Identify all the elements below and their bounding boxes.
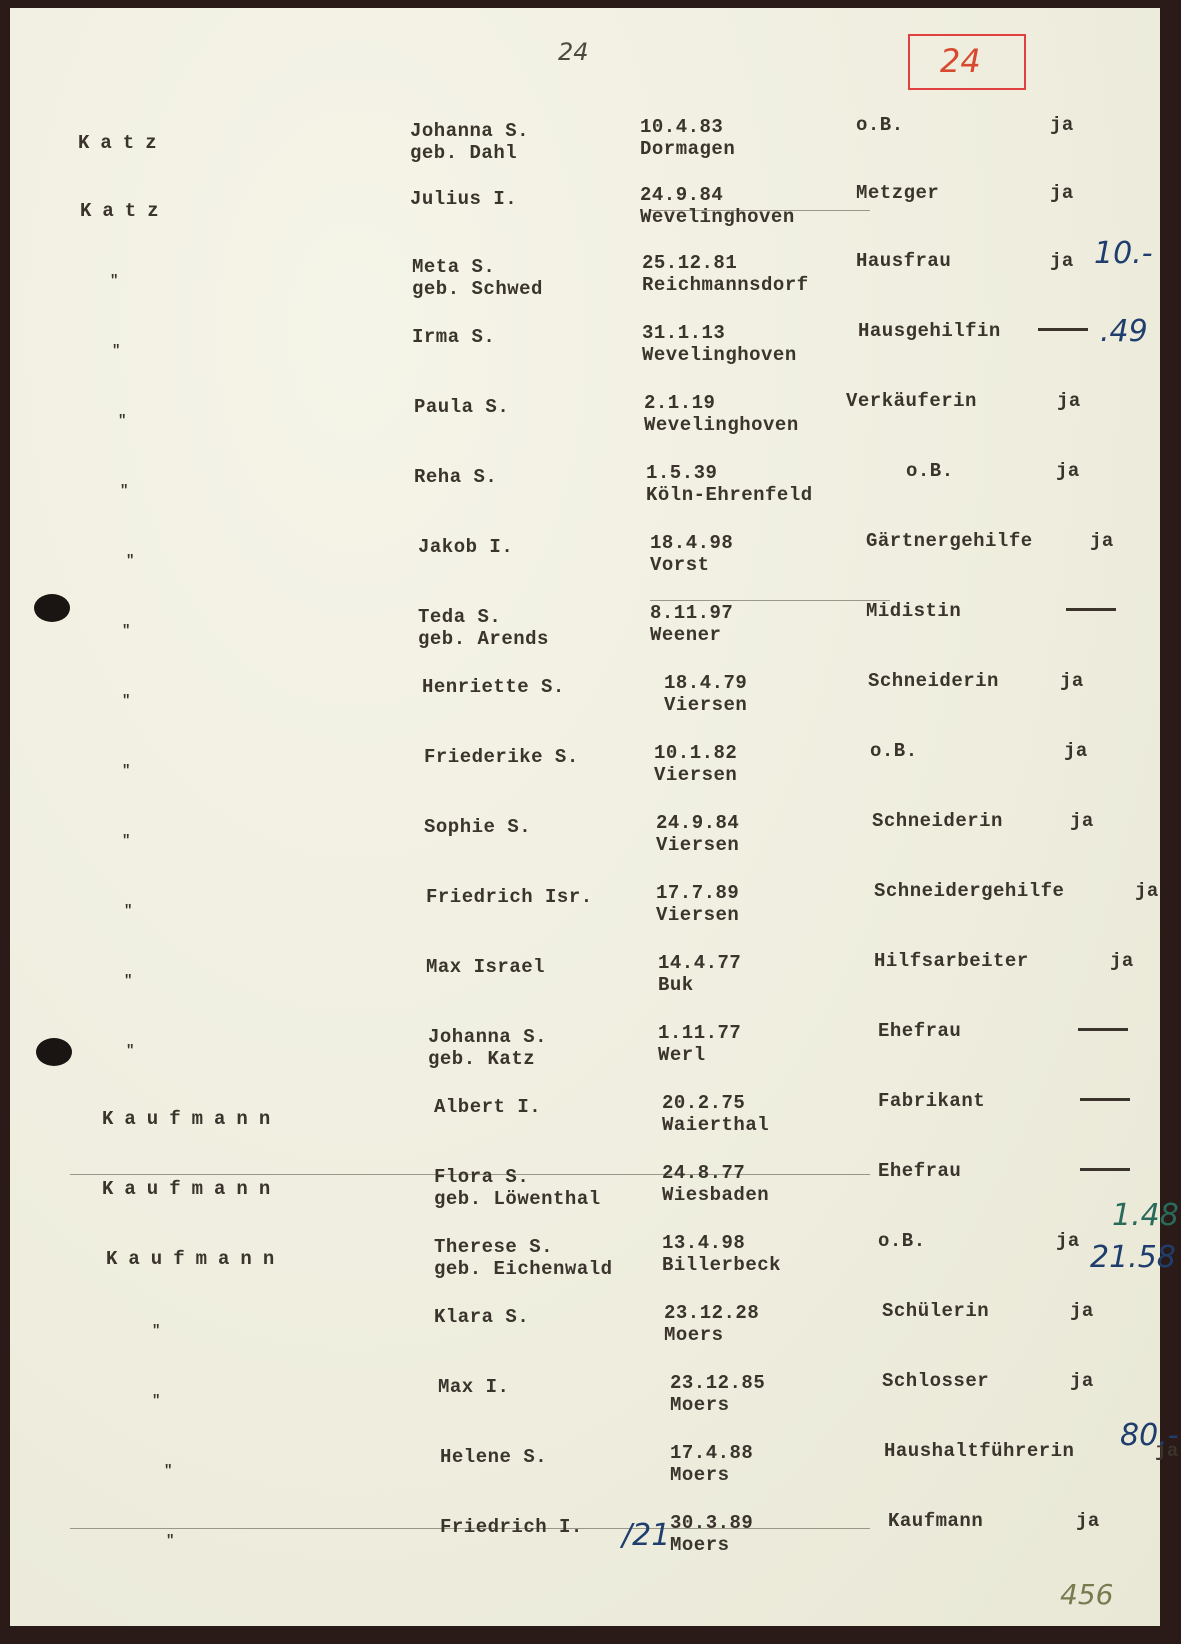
ditto-mark: " bbox=[152, 1320, 161, 1342]
given-name: Henriette S. bbox=[422, 676, 565, 698]
status: ja bbox=[1060, 670, 1084, 692]
ditto-mark: " bbox=[164, 1460, 173, 1482]
occupation: Metzger bbox=[856, 182, 939, 204]
occupation: Schneiderin bbox=[872, 810, 1003, 832]
given-name: Max Israel bbox=[426, 956, 545, 978]
handwritten-page-number: 24 bbox=[558, 38, 589, 66]
given-name: Irma S. bbox=[412, 326, 495, 348]
ditto-mark: " bbox=[126, 1040, 135, 1062]
birth-place: Wevelinghoven bbox=[644, 414, 799, 436]
status-dash bbox=[1080, 1098, 1130, 1101]
handwritten-note: /21 bbox=[622, 1518, 670, 1553]
birth-date: 14.4.77 bbox=[658, 952, 741, 974]
ditto-mark: " bbox=[122, 690, 131, 712]
birth-date: 23.12.85 bbox=[670, 1372, 765, 1394]
occupation: o.B. bbox=[878, 1230, 926, 1252]
birth-place: Werl bbox=[658, 1044, 706, 1066]
status: ja bbox=[1076, 1510, 1100, 1532]
occupation: Ehefrau bbox=[878, 1020, 961, 1042]
page-number-stamp: 24 bbox=[908, 34, 1026, 90]
occupation: Hilfsarbeiter bbox=[874, 950, 1029, 972]
ditto-mark: " bbox=[152, 1390, 161, 1412]
handwritten-note: 1.48 bbox=[1112, 1198, 1179, 1233]
occupation: Gärtnergehilfe bbox=[866, 530, 1033, 552]
given-name: Reha S. bbox=[414, 466, 497, 488]
ditto-mark: " bbox=[122, 830, 131, 852]
birth-place: Billerbeck bbox=[662, 1254, 781, 1276]
given-name: Albert I. bbox=[434, 1096, 541, 1118]
birth-date: 18.4.79 bbox=[664, 672, 747, 694]
status-dash bbox=[1038, 328, 1088, 331]
occupation: o.B. bbox=[906, 460, 954, 482]
birth-date: 24.8.77 bbox=[662, 1162, 745, 1184]
birth-place: Moers bbox=[664, 1324, 724, 1346]
birth-place: Buk bbox=[658, 974, 694, 996]
status: ja bbox=[1057, 390, 1081, 412]
maiden-name: geb. Dahl bbox=[410, 142, 517, 164]
ditto-mark: " bbox=[124, 970, 133, 992]
handwritten-note: 21.58 bbox=[1090, 1240, 1176, 1275]
ditto-mark: " bbox=[118, 410, 127, 432]
birth-date: 2.1.19 bbox=[644, 392, 715, 414]
given-name: Helene S. bbox=[440, 1446, 547, 1468]
occupation: Verkäuferin bbox=[846, 390, 977, 412]
given-name: Meta S. bbox=[412, 256, 495, 278]
birth-place: Moers bbox=[670, 1394, 730, 1416]
birth-place: Viersen bbox=[654, 764, 737, 786]
ditto-mark: " bbox=[124, 900, 133, 922]
occupation: Midistin bbox=[866, 600, 961, 622]
given-name: Flora S. bbox=[434, 1166, 529, 1188]
occupation: Schülerin bbox=[882, 1300, 989, 1322]
occupation: Schneidergehilfe bbox=[874, 880, 1064, 902]
ditto-mark: " bbox=[166, 1530, 175, 1552]
ditto-mark: " bbox=[120, 480, 129, 502]
status-dash bbox=[1078, 1028, 1128, 1031]
birth-place: Weener bbox=[650, 624, 721, 646]
given-name: Teda S. bbox=[418, 606, 501, 628]
status: ja bbox=[1070, 1370, 1094, 1392]
birth-place: Viersen bbox=[656, 904, 739, 926]
birth-place: Reichmannsdorf bbox=[642, 274, 809, 296]
occupation: Schlosser bbox=[882, 1370, 989, 1392]
birth-place: Köln-Ehrenfeld bbox=[646, 484, 813, 506]
birth-date: 20.2.75 bbox=[662, 1092, 745, 1114]
status: ja bbox=[1064, 740, 1088, 762]
birth-place: Moers bbox=[670, 1534, 730, 1556]
given-name: Paula S. bbox=[414, 396, 509, 418]
birth-date: 1.5.39 bbox=[646, 462, 717, 484]
birth-place: Wiesbaden bbox=[662, 1184, 769, 1206]
maiden-name: geb. Eichenwald bbox=[434, 1258, 613, 1280]
ditto-mark: " bbox=[122, 620, 131, 642]
surname: Katz bbox=[80, 200, 170, 222]
maiden-name: geb. Arends bbox=[418, 628, 549, 650]
birth-date: 13.4.98 bbox=[662, 1232, 745, 1254]
birth-place: Viersen bbox=[656, 834, 739, 856]
birth-date: 30.3.89 bbox=[670, 1512, 753, 1534]
occupation: Haushaltführerin bbox=[884, 1440, 1074, 1462]
occupation: Kaufmann bbox=[888, 1510, 983, 1532]
punch-hole bbox=[36, 1038, 72, 1066]
status: ja bbox=[1050, 182, 1074, 204]
given-name: Friedrich I. bbox=[440, 1516, 583, 1538]
ditto-mark: " bbox=[122, 760, 131, 782]
birth-date: 24.9.84 bbox=[640, 184, 723, 206]
status: ja bbox=[1056, 1230, 1080, 1252]
given-name: Friedrich Isr. bbox=[426, 886, 593, 908]
given-name: Jakob I. bbox=[418, 536, 513, 558]
maiden-name: geb. Schwed bbox=[412, 278, 543, 300]
document-page: 24 24 KatzJohanna S.geb. Dahl10.4.83Dorm… bbox=[10, 8, 1160, 1626]
status: ja bbox=[1050, 250, 1074, 272]
status: ja bbox=[1056, 460, 1080, 482]
birth-date: 18.4.98 bbox=[650, 532, 733, 554]
occupation: Hausfrau bbox=[856, 250, 951, 272]
occupation: Hausgehilfin bbox=[858, 320, 1001, 342]
occupation: o.B. bbox=[870, 740, 918, 762]
status: ja bbox=[1050, 114, 1074, 136]
occupation: o.B. bbox=[856, 114, 904, 136]
surname: Kaufmann bbox=[102, 1108, 281, 1130]
maiden-name: geb. Löwenthal bbox=[434, 1188, 601, 1210]
birth-date: 25.12.81 bbox=[642, 252, 737, 274]
birth-date: 24.9.84 bbox=[656, 812, 739, 834]
occupation: Ehefrau bbox=[878, 1160, 961, 1182]
given-name: Max I. bbox=[438, 1376, 509, 1398]
birth-place: Waierthal bbox=[662, 1114, 769, 1136]
birth-place: Viersen bbox=[664, 694, 747, 716]
status-dash bbox=[1066, 608, 1116, 611]
handwritten-note: .49 bbox=[1100, 314, 1148, 349]
ditto-mark: " bbox=[126, 550, 135, 572]
surname: Kaufmann bbox=[106, 1248, 285, 1270]
surname: Katz bbox=[78, 132, 168, 154]
birth-date: 31.1.13 bbox=[642, 322, 725, 344]
surname: Kaufmann bbox=[102, 1178, 281, 1200]
pencil-note: 456 bbox=[1060, 1578, 1113, 1611]
occupation: Fabrikant bbox=[878, 1090, 985, 1112]
maiden-name: geb. Katz bbox=[428, 1048, 535, 1070]
given-name: Klara S. bbox=[434, 1306, 529, 1328]
birth-date: 23.12.28 bbox=[664, 1302, 759, 1324]
stamp-number: 24 bbox=[940, 42, 981, 80]
punch-hole bbox=[34, 594, 70, 622]
status-dash bbox=[1080, 1168, 1130, 1171]
status: ja bbox=[1110, 950, 1134, 972]
given-name: Julius I. bbox=[410, 188, 517, 210]
birth-place: Vorst bbox=[650, 554, 710, 576]
birth-date: 17.4.88 bbox=[670, 1442, 753, 1464]
birth-date: 10.4.83 bbox=[640, 116, 723, 138]
given-name: Sophie S. bbox=[424, 816, 531, 838]
handwritten-note: 80.- bbox=[1120, 1418, 1179, 1453]
given-name: Therese S. bbox=[434, 1236, 553, 1258]
given-name: Johanna S. bbox=[410, 120, 529, 142]
status: ja bbox=[1070, 1300, 1094, 1322]
ditto-mark: " bbox=[112, 340, 121, 362]
birth-place: Wevelinghoven bbox=[640, 206, 795, 228]
ditto-mark: " bbox=[110, 270, 119, 292]
birth-place: Moers bbox=[670, 1464, 730, 1486]
handwritten-note: 10.- bbox=[1094, 236, 1153, 271]
occupation: Schneiderin bbox=[868, 670, 999, 692]
birth-place: Dormagen bbox=[640, 138, 735, 160]
status: ja bbox=[1135, 880, 1159, 902]
birth-place: Wevelinghoven bbox=[642, 344, 797, 366]
birth-date: 10.1.82 bbox=[654, 742, 737, 764]
status: ja bbox=[1070, 810, 1094, 832]
birth-date: 17.7.89 bbox=[656, 882, 739, 904]
status: ja bbox=[1090, 530, 1114, 552]
birth-date: 1.11.77 bbox=[658, 1022, 741, 1044]
given-name: Johanna S. bbox=[428, 1026, 547, 1048]
birth-date: 8.11.97 bbox=[650, 602, 733, 624]
given-name: Friederike S. bbox=[424, 746, 579, 768]
divider-line bbox=[650, 600, 890, 601]
